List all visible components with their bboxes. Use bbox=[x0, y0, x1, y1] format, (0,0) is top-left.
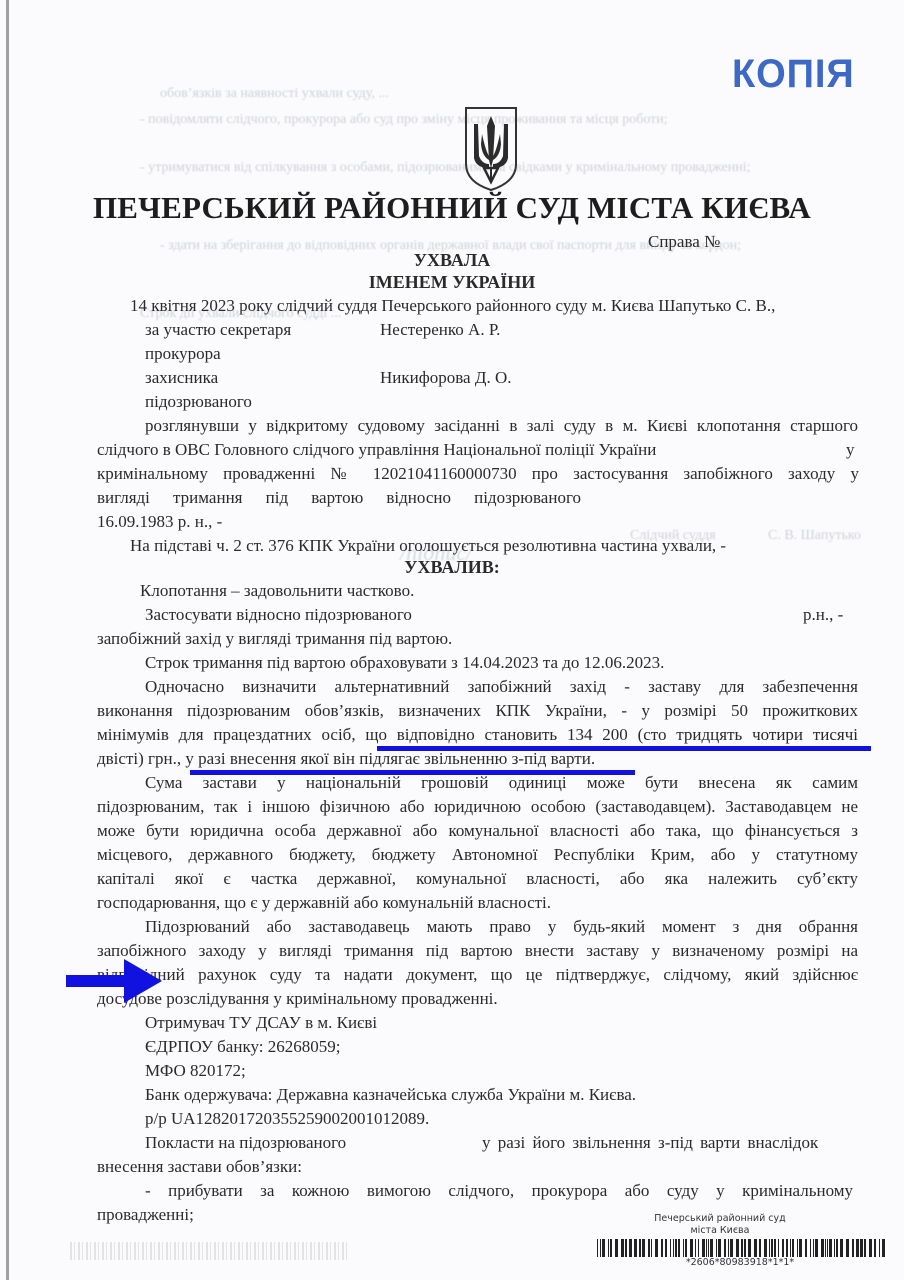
considered-text: у bbox=[846, 440, 855, 460]
bank-recipient: Отримувач ТУ ДСАУ в м. Києві bbox=[145, 1013, 377, 1033]
ruling-paragraph: р.н., - bbox=[803, 605, 843, 625]
highlight-underline bbox=[377, 746, 871, 751]
footer-court-name: Печерський районний суд міста Києва bbox=[640, 1213, 800, 1237]
bail-payer-paragraph: місцевого, державного бюджету, бюджету А… bbox=[97, 845, 858, 865]
considered-text: вигляді тримання під вартою відносно під… bbox=[97, 488, 581, 508]
obligation-item: провадженні; bbox=[97, 1205, 194, 1225]
bleed-through-barcode bbox=[70, 1242, 350, 1260]
ruling-paragraph: Застосувати відносно підозрюваного bbox=[145, 605, 412, 625]
ruling-heading: УХВАЛИВ: bbox=[0, 557, 904, 578]
considered-text: 16.09.1983 р. н., - bbox=[97, 512, 222, 532]
participant-role: підозрюваного bbox=[145, 392, 252, 412]
hearing-date-line: 14 квітня 2023 року слідчий суддя Печерс… bbox=[130, 296, 775, 316]
bail-paragraph: двісті) грн., у разі внесення якої він п… bbox=[97, 749, 595, 769]
bank-mfo: МФО 820172; bbox=[145, 1061, 246, 1081]
considered-text: слідчого в ОВС Головного слідчого управл… bbox=[97, 440, 656, 460]
bail-payer-paragraph: Сума застави у національній грошовій оди… bbox=[145, 773, 858, 793]
participant-role: захисника bbox=[145, 368, 218, 388]
bleed-through-text: обов’язків за наявності ухвали суду, ... bbox=[160, 86, 389, 102]
obligations-paragraph: у разі його звільнення з-під варти внасл… bbox=[482, 1133, 818, 1153]
in-name-of-ukraine: ІМЕНЕМ УКРАЇНИ bbox=[0, 272, 904, 293]
barcode-number: *2606*80983918*1*1* bbox=[640, 1257, 840, 1268]
considered-text: розглянувши у відкритому судовому засіда… bbox=[145, 416, 858, 436]
bail-payer-paragraph: капіталі якої є частка державної, комуна… bbox=[97, 869, 858, 889]
arrow-right-icon bbox=[66, 957, 162, 1005]
bail-deposit-paragraph: Підозрюваний або заставодавець мають пра… bbox=[145, 917, 858, 937]
ruling-paragraph: Строк тримання під вартою обраховувати з… bbox=[145, 653, 664, 673]
bank-edrpou: ЄДРПОУ банку: 26268059; bbox=[145, 1037, 340, 1057]
obligations-paragraph: Покласти на підозрюваного bbox=[145, 1133, 346, 1153]
considered-text: кримінальному провадженні № 120210411600… bbox=[97, 464, 859, 484]
bank-account: р/р UA128201720355259002001012089. bbox=[145, 1109, 429, 1129]
barcode bbox=[597, 1239, 887, 1257]
participant-name: Нестеренко А. Р. bbox=[380, 320, 500, 340]
bail-deposit-paragraph: запобіжного заходу у вигляді тримання пі… bbox=[97, 941, 858, 961]
footer-court-line: міста Києва bbox=[640, 1225, 800, 1237]
bail-paragraph: мінімумів для працездатних осіб, що відп… bbox=[97, 725, 858, 745]
bleed-through-text: С. В. Шапутько bbox=[768, 528, 861, 544]
bail-paragraph: виконання підозрюваним обов’язків, визна… bbox=[97, 701, 858, 721]
footer-court-line: Печерський районний суд bbox=[640, 1213, 800, 1225]
bail-deposit-paragraph: відповідний рахунок суду та надати докум… bbox=[97, 965, 858, 985]
bleed-through-text: - повідомляти слідчого, прокурора або су… bbox=[140, 112, 668, 128]
document-type: УХВАЛА bbox=[0, 250, 904, 271]
ruling-paragraph: запобіжний захід у вигляді тримання під … bbox=[97, 629, 452, 649]
participant-role: за участю секретаря bbox=[145, 320, 291, 340]
bank-name: Банк одержувача: Державна казначейська с… bbox=[145, 1085, 636, 1105]
ruling-paragraph: Клопотання – задовольнити частково. bbox=[140, 581, 414, 601]
bail-paragraph: Одночасно визначити альтернативний запоб… bbox=[145, 677, 858, 697]
court-name: ПЕЧЕРСЬКИЙ РАЙОННИЙ СУД МІСТА КИЄВА bbox=[0, 190, 904, 226]
bleed-through-text: - утримуватися від спілкування з особами… bbox=[140, 160, 751, 176]
document-page: обов’язків за наявності ухвали суду, ...… bbox=[0, 0, 904, 1280]
participant-role: прокурора bbox=[145, 344, 221, 364]
obligations-paragraph: внесення застави обов’язки: bbox=[97, 1157, 302, 1177]
bail-payer-paragraph: може бути юридична особа державної або к… bbox=[97, 821, 858, 841]
case-number-label: Справа № bbox=[648, 232, 720, 252]
bail-payer-paragraph: підозрюваним, так і іншою фізичною або ю… bbox=[97, 797, 858, 817]
obligation-item: - прибувати за кожною вимогою слідчого, … bbox=[145, 1181, 853, 1201]
bail-payer-paragraph: господарювання, що є у державній або ком… bbox=[97, 893, 551, 913]
copy-stamp: КОПІЯ bbox=[732, 52, 855, 97]
participant-name: Никифорова Д. О. bbox=[380, 368, 511, 388]
trident-emblem-icon bbox=[462, 104, 520, 192]
basis-text: На підставі ч. 2 ст. 376 КПК України ого… bbox=[130, 536, 726, 556]
